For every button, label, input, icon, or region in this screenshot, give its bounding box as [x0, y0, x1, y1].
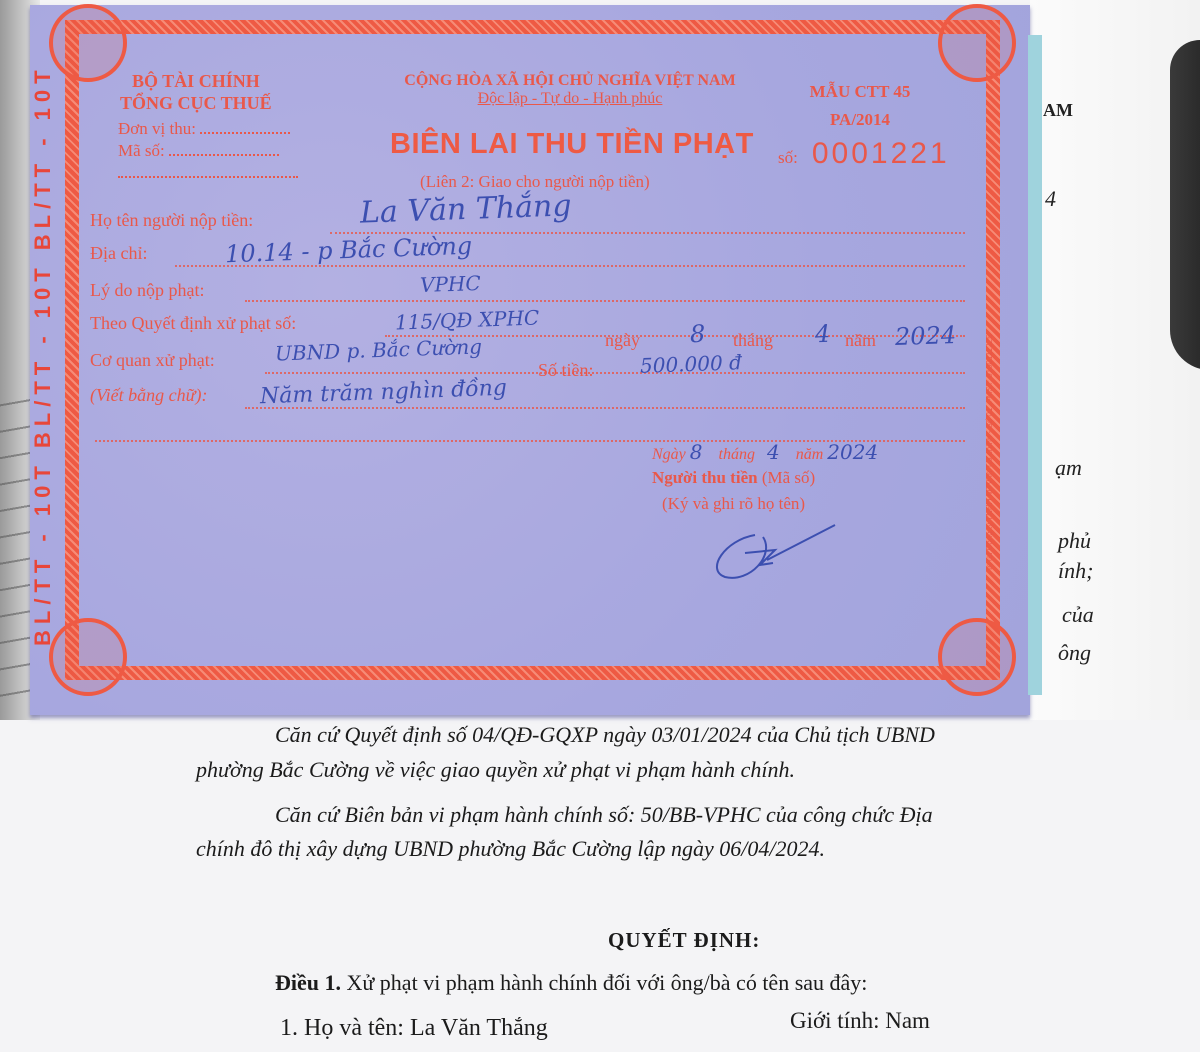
decision-month-value: 4 — [815, 320, 831, 349]
item1-value: La Văn Thắng — [410, 1015, 548, 1041]
collector-title: Người thu tiền (Mã số) — [652, 468, 815, 488]
unit-label: Đơn vị thu: — [118, 119, 196, 138]
decision-year-value: 2024 — [895, 321, 957, 351]
form-code-line1: MẪU CTT 45 — [790, 78, 930, 106]
ornament-corner-icon — [938, 618, 1016, 696]
amount-label: Số tiền: — [538, 360, 594, 381]
address-label: Địa chỉ: — [90, 243, 147, 264]
code-label: Mã số: — [118, 141, 165, 160]
bg-fragment: của — [1062, 602, 1094, 628]
decision-month-label: tháng — [733, 330, 773, 351]
item1-label: 1. Họ và tên: — [280, 1015, 404, 1041]
reason-label: Lý do nộp phạt: — [90, 280, 205, 301]
ornament-corner-icon — [49, 618, 127, 696]
national-motto-line1: CỘNG HÒA XÃ HỘI CHỦ NGHĨA VIỆT NAM — [370, 72, 770, 90]
receipt-title: BIÊN LAI THU TIỀN PHẠT — [390, 128, 754, 161]
collector-code: (Mã số) — [762, 468, 815, 487]
sig-year-label: năm — [796, 446, 824, 463]
collector-label: Người thu tiền — [652, 468, 758, 487]
bg-fragment: ạm — [1055, 455, 1082, 481]
ornament-corner-icon — [49, 4, 127, 82]
sig-day-value: 8 — [690, 440, 703, 464]
form-code: MẪU CTT 45 PA/2014 — [790, 78, 930, 134]
bg-fragment: ông — [1058, 640, 1091, 666]
paragraph1-line2: phường Bắc Cường về việc giao quyền xử p… — [196, 757, 795, 783]
bg-fragment: 4 — [1045, 186, 1056, 212]
paragraph2-line2: chính đô thị xây dựng UBND phường Bắc Cư… — [196, 836, 825, 862]
decision-day-value: 8 — [690, 320, 706, 349]
serial-number: số: 0001221 — [778, 137, 950, 171]
bg-fragment: phủ — [1058, 528, 1091, 554]
agency-label: Cơ quan xử phạt: — [90, 350, 215, 371]
dotted-line — [245, 407, 965, 409]
sig-day-label: Ngày — [652, 446, 686, 463]
sig-month-label: tháng — [719, 446, 755, 463]
item1: 1. Họ và tên: La Văn Thắng — [280, 1015, 548, 1042]
issuer-line1: BỘ TÀI CHÍNH — [120, 70, 272, 92]
article1-label: Điều 1. — [275, 970, 341, 995]
form-code-line2: PA/2014 — [790, 106, 930, 134]
bg-fragment: AM — [1043, 100, 1073, 121]
decision-day-label: ngày — [605, 330, 640, 351]
printer-info: In tại Công ty TNHH MTV In Tài chính - S… — [985, 130, 999, 570]
reason-value: VPHC — [420, 271, 481, 297]
dotted-line — [265, 372, 965, 374]
payer-name-label: Họ tên người nộp tiền: — [90, 210, 253, 231]
decision-heading: QUYẾT ĐỊNH: — [608, 928, 760, 953]
national-motto-line2: Độc lập - Tự do - Hạnh phúc — [370, 90, 770, 108]
sig-month-value: 4 — [767, 440, 780, 464]
sig-year-value: 2024 — [827, 440, 878, 464]
gender: Giới tính: Nam — [790, 1008, 930, 1034]
issuer-meta: Đơn vị thu: Mã số: — [118, 118, 298, 184]
receipt-edge — [1028, 35, 1042, 695]
decision-value: 115/QĐ XPHC — [395, 305, 540, 334]
signature-date: Ngày 8 tháng 4 năm 2024 — [652, 440, 878, 464]
receipt-stub-text: BL/TT - 10T BL/TT - 10T BL/TT - 10T — [30, 5, 56, 705]
article1-text: Xử phạt vi phạm hành chính đối với ông/b… — [347, 970, 868, 995]
issuer-header: BỘ TÀI CHÍNH TỔNG CỤC THUẾ — [120, 70, 272, 114]
national-header: CỘNG HÒA XÃ HỘI CHỦ NGHĨA VIỆT NAM Độc l… — [370, 72, 770, 108]
decision-label: Theo Quyết định xử phạt số: — [90, 313, 296, 334]
serial-value: 0001221 — [812, 137, 950, 170]
bg-fragment: ính; — [1058, 558, 1093, 584]
ornament-corner-icon — [938, 4, 1016, 82]
dark-object — [1170, 40, 1200, 370]
gender-value: Nam — [885, 1008, 930, 1033]
issuer-line2: TỔNG CỤC THUẾ — [120, 92, 272, 114]
payer-name-value: La Văn Thắng — [359, 188, 572, 230]
amount-words-label: (Viết bằng chữ): — [90, 385, 207, 406]
decision-year-label: năm — [845, 330, 876, 351]
paragraph1-line1: Căn cứ Quyết định số 04/QĐ-GQXP ngày 03/… — [275, 722, 935, 748]
signature-note: (Ký và ghi rõ họ tên) — [662, 494, 805, 514]
paragraph2-line1: Căn cứ Biên bản vi phạm hành chính số: 5… — [275, 802, 933, 828]
signature-icon — [705, 515, 845, 585]
article1: Điều 1. Xử phạt vi phạm hành chính đối v… — [275, 970, 867, 996]
amount-value: 500.000 đ — [640, 350, 743, 378]
serial-label: số: — [778, 148, 798, 167]
dotted-line — [245, 300, 965, 302]
gender-label: Giới tính: — [790, 1008, 879, 1033]
